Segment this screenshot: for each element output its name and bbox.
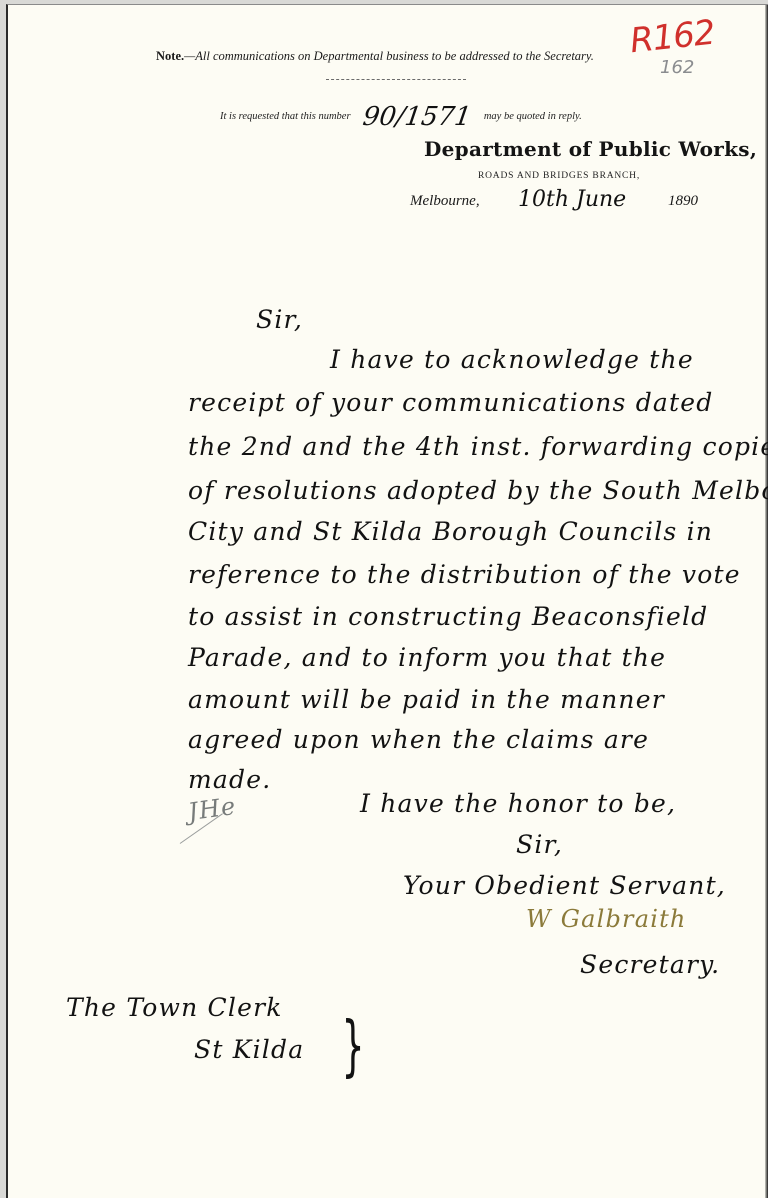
body-line: I have to acknowledge the xyxy=(330,345,694,374)
addressee-line-2: St Kilda xyxy=(194,1035,304,1064)
reference-number: 90/1571 xyxy=(361,102,473,132)
body-line: to assist in constructing Beaconsfield xyxy=(188,602,708,631)
letterhead-note: Note.—All communications on Departmental… xyxy=(156,49,594,64)
closing-sir: Sir, xyxy=(516,830,563,859)
brace-icon: } xyxy=(341,1007,364,1084)
body-line: reference to the distribution of the vot… xyxy=(188,560,741,589)
date-handwritten: 10th June xyxy=(518,187,626,212)
body-line: Parade, and to inform you that the xyxy=(188,643,666,672)
pencil-reference-annotation: 162 xyxy=(660,57,694,78)
addressee-line-1: The Town Clerk xyxy=(66,993,283,1022)
body-line: agreed upon when the claims are xyxy=(188,725,649,754)
signature: W Galbraith xyxy=(526,905,687,933)
body-line: made. xyxy=(188,765,271,794)
branch-name: ROADS AND BRIDGES BRANCH, xyxy=(478,171,640,181)
body-line: the 2nd and the 4th inst. forwarding cop… xyxy=(188,432,768,461)
note-label: Note. xyxy=(156,49,184,63)
red-reference-annotation: R162 xyxy=(628,13,716,62)
body-line: receipt of your communications dated xyxy=(188,388,713,417)
department-name: Department of Public Works, xyxy=(424,137,757,161)
place: Melbourne, xyxy=(410,193,480,210)
reference-suffix: may be quoted in reply. xyxy=(484,111,582,122)
letterhead-divider xyxy=(326,79,466,80)
body-line: City and St Kilda Borough Councils in xyxy=(188,517,713,546)
body-line: of resolutions adopted by the South Melb… xyxy=(188,476,768,505)
year: 1890 xyxy=(668,193,698,210)
body-line: amount will be paid in the manner xyxy=(188,685,665,714)
reference-line: It is requested that this number 90/1571… xyxy=(220,102,582,132)
signatory-title: Secretary. xyxy=(580,950,720,979)
salutation: Sir, xyxy=(256,305,303,334)
reference-prefix: It is requested that this number xyxy=(220,111,351,122)
closing-line: I have the honor to be, xyxy=(360,789,676,818)
note-text: —All communications on Departmental busi… xyxy=(184,49,594,63)
closing-servant: Your Obedient Servant, xyxy=(403,871,726,900)
letter-page: Note.—All communications on Departmental… xyxy=(6,4,768,1198)
